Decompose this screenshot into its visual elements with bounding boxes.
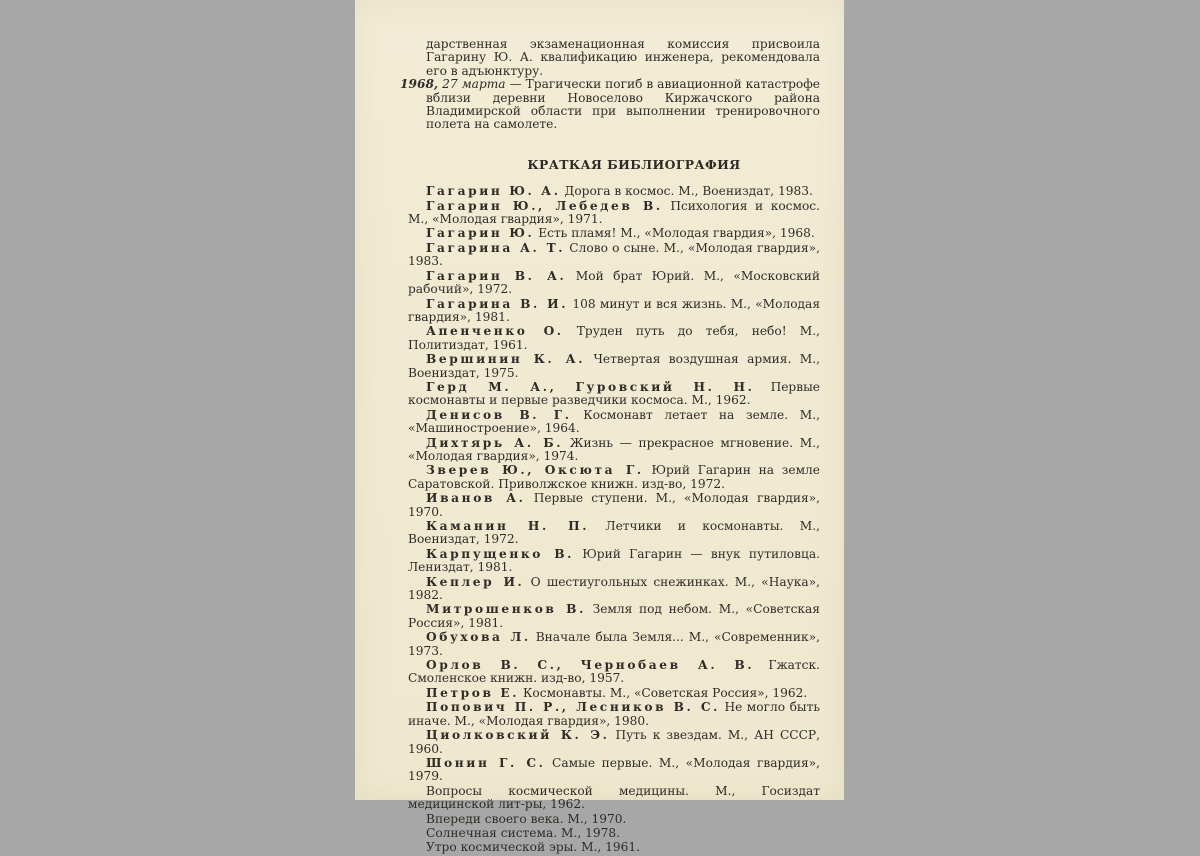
entry-author: Каманин Н. П. — [426, 519, 589, 533]
bibliography-entry: Гагарин Ю. Есть пламя! М., «Молодая гвар… — [408, 227, 820, 240]
entry-author: Петров Е. — [426, 686, 519, 700]
bibliography-entry: Митрошенков В. Земля под небом. М., «Сов… — [408, 603, 820, 630]
entry-author: Шонин Г. С. — [426, 756, 546, 770]
bibliography-entry: Орлов В. С., Чернобаев А. В. Гжатск. Смо… — [408, 659, 820, 686]
entry-author: Гагарин Ю. — [426, 226, 534, 240]
entry-author: Орлов В. С., Чернобаев А. В. — [426, 658, 754, 672]
bibliography-entry: Денисов В. Г. Космонавт летает на земле.… — [408, 409, 820, 436]
entry-author: Кеплер И. — [426, 575, 524, 589]
bibliography-entry: Герд М. А., Гуровский Н. Н. Первые космо… — [408, 381, 820, 408]
entry-citation: Есть пламя! М., «Молодая гвардия», 1968. — [534, 226, 814, 240]
bibliography-entry: Гагарина В. И. 108 минут и вся жизнь. М.… — [408, 298, 820, 325]
entry-author: Гагарина А. Т. — [426, 241, 565, 255]
bibliography-entry: Каманин Н. П. Летчики и космонавты. М., … — [408, 520, 820, 547]
entry-citation: Космонавты. М., «Советская Россия», 1962… — [519, 686, 807, 700]
entry-author: Гагарин Ю., Лебедев В. — [426, 199, 663, 213]
entry-author: Иванов А. — [426, 491, 526, 505]
entry-author: Зверев Ю., Оксюта Г. — [426, 463, 644, 477]
entry-author: Попович П. Р., Лесников В. С. — [426, 700, 720, 714]
entry-author: Карпущенко В. — [426, 547, 574, 561]
entry-author: Вершинин К. А. — [426, 352, 585, 366]
entry-author: Апенченко О. — [426, 324, 564, 338]
entry-author: Гагарин Ю. А. — [426, 184, 561, 198]
entry-author: Денисов В. Г. — [426, 408, 572, 422]
entry-year: 1968, — [400, 77, 438, 91]
chronology-section: дарственная экзаменационная комиссия при… — [408, 38, 820, 132]
entry-date: 27 марта — [442, 77, 505, 91]
bibliography-entry: Гагарина А. Т. Слово о сыне. М., «Молода… — [408, 242, 820, 269]
bibliography-entry: Карпущенко В. Юрий Гагарин — внук путило… — [408, 548, 820, 575]
entry-author: Циолковский К. Э. — [426, 728, 609, 742]
bibliography-entry: Шонин Г. С. Самые первые. М., «Молодая г… — [408, 757, 820, 784]
bibliography-entry: Циолковский К. Э. Путь к звездам. М., АН… — [408, 729, 820, 756]
bibliography-entry: Гагарин В. А. Мой брат Юрий. М., «Москов… — [408, 270, 820, 297]
bibliography-heading: КРАТКАЯ БИБЛИОГРАФИЯ — [408, 158, 820, 171]
bibliography-entry: Гагарин Ю., Лебедев В. Психология и косм… — [408, 200, 820, 227]
bibliography-entry: Иванов А. Первые ступени. М., «Молодая г… — [408, 492, 820, 519]
bibliography-entry: Петров Е. Космонавты. М., «Советская Рос… — [408, 687, 820, 700]
entry-author: Гагарин В. А. — [426, 269, 566, 283]
entry-citation: Дорога в космос. М., Воениздат, 1983. — [561, 184, 813, 198]
bibliography-entry: Гагарин Ю. А. Дорога в космос. М., Воени… — [408, 185, 820, 198]
entry-author: Дихтярь А. Б. — [426, 436, 563, 450]
page-content: дарственная экзаменационная комиссия при… — [408, 38, 820, 800]
bibliography-entry: Дихтярь А. Б. Жизнь — прекрасное мгновен… — [408, 437, 820, 464]
bibliography-list: Гагарин Ю. А. Дорога в космос. М., Воени… — [408, 185, 820, 800]
bibliography-entry: Зверев Ю., Оксюта Г. Юрий Гагарин на зем… — [408, 464, 820, 491]
book-page: дарственная экзаменационная комиссия при… — [355, 0, 844, 800]
bibliography-entry: Обухова Л. Вначале была Земля... М., «Со… — [408, 631, 820, 658]
bibliography-entry: Кеплер И. О шестиугольных снежинках. М.,… — [408, 576, 820, 603]
bibliography-entry: Апенченко О. Труден путь до тебя, небо! … — [408, 325, 820, 352]
entry-author: Герд М. А., Гуровский Н. Н. — [426, 380, 755, 394]
entry-author: Гагарина В. И. — [426, 297, 568, 311]
bibliography-entry: Вершинин К. А. Четвертая воздушная армия… — [408, 353, 820, 380]
entry-author: Обухова Л. — [426, 630, 531, 644]
entry-citation: Вопросы космической медицины. М., Госизд… — [408, 784, 820, 800]
entry-author: Митрошенков В. — [426, 602, 586, 616]
bibliography-entry: Вопросы космической медицины. М., Госизд… — [408, 785, 820, 800]
bibliography-entry: Попович П. Р., Лесников В. С. Не могло б… — [408, 701, 820, 728]
chronology-entry: 1968, 27 марта — Трагически погиб в авиа… — [408, 78, 820, 132]
chronology-continuation: дарственная экзаменационная комиссия при… — [408, 38, 820, 78]
